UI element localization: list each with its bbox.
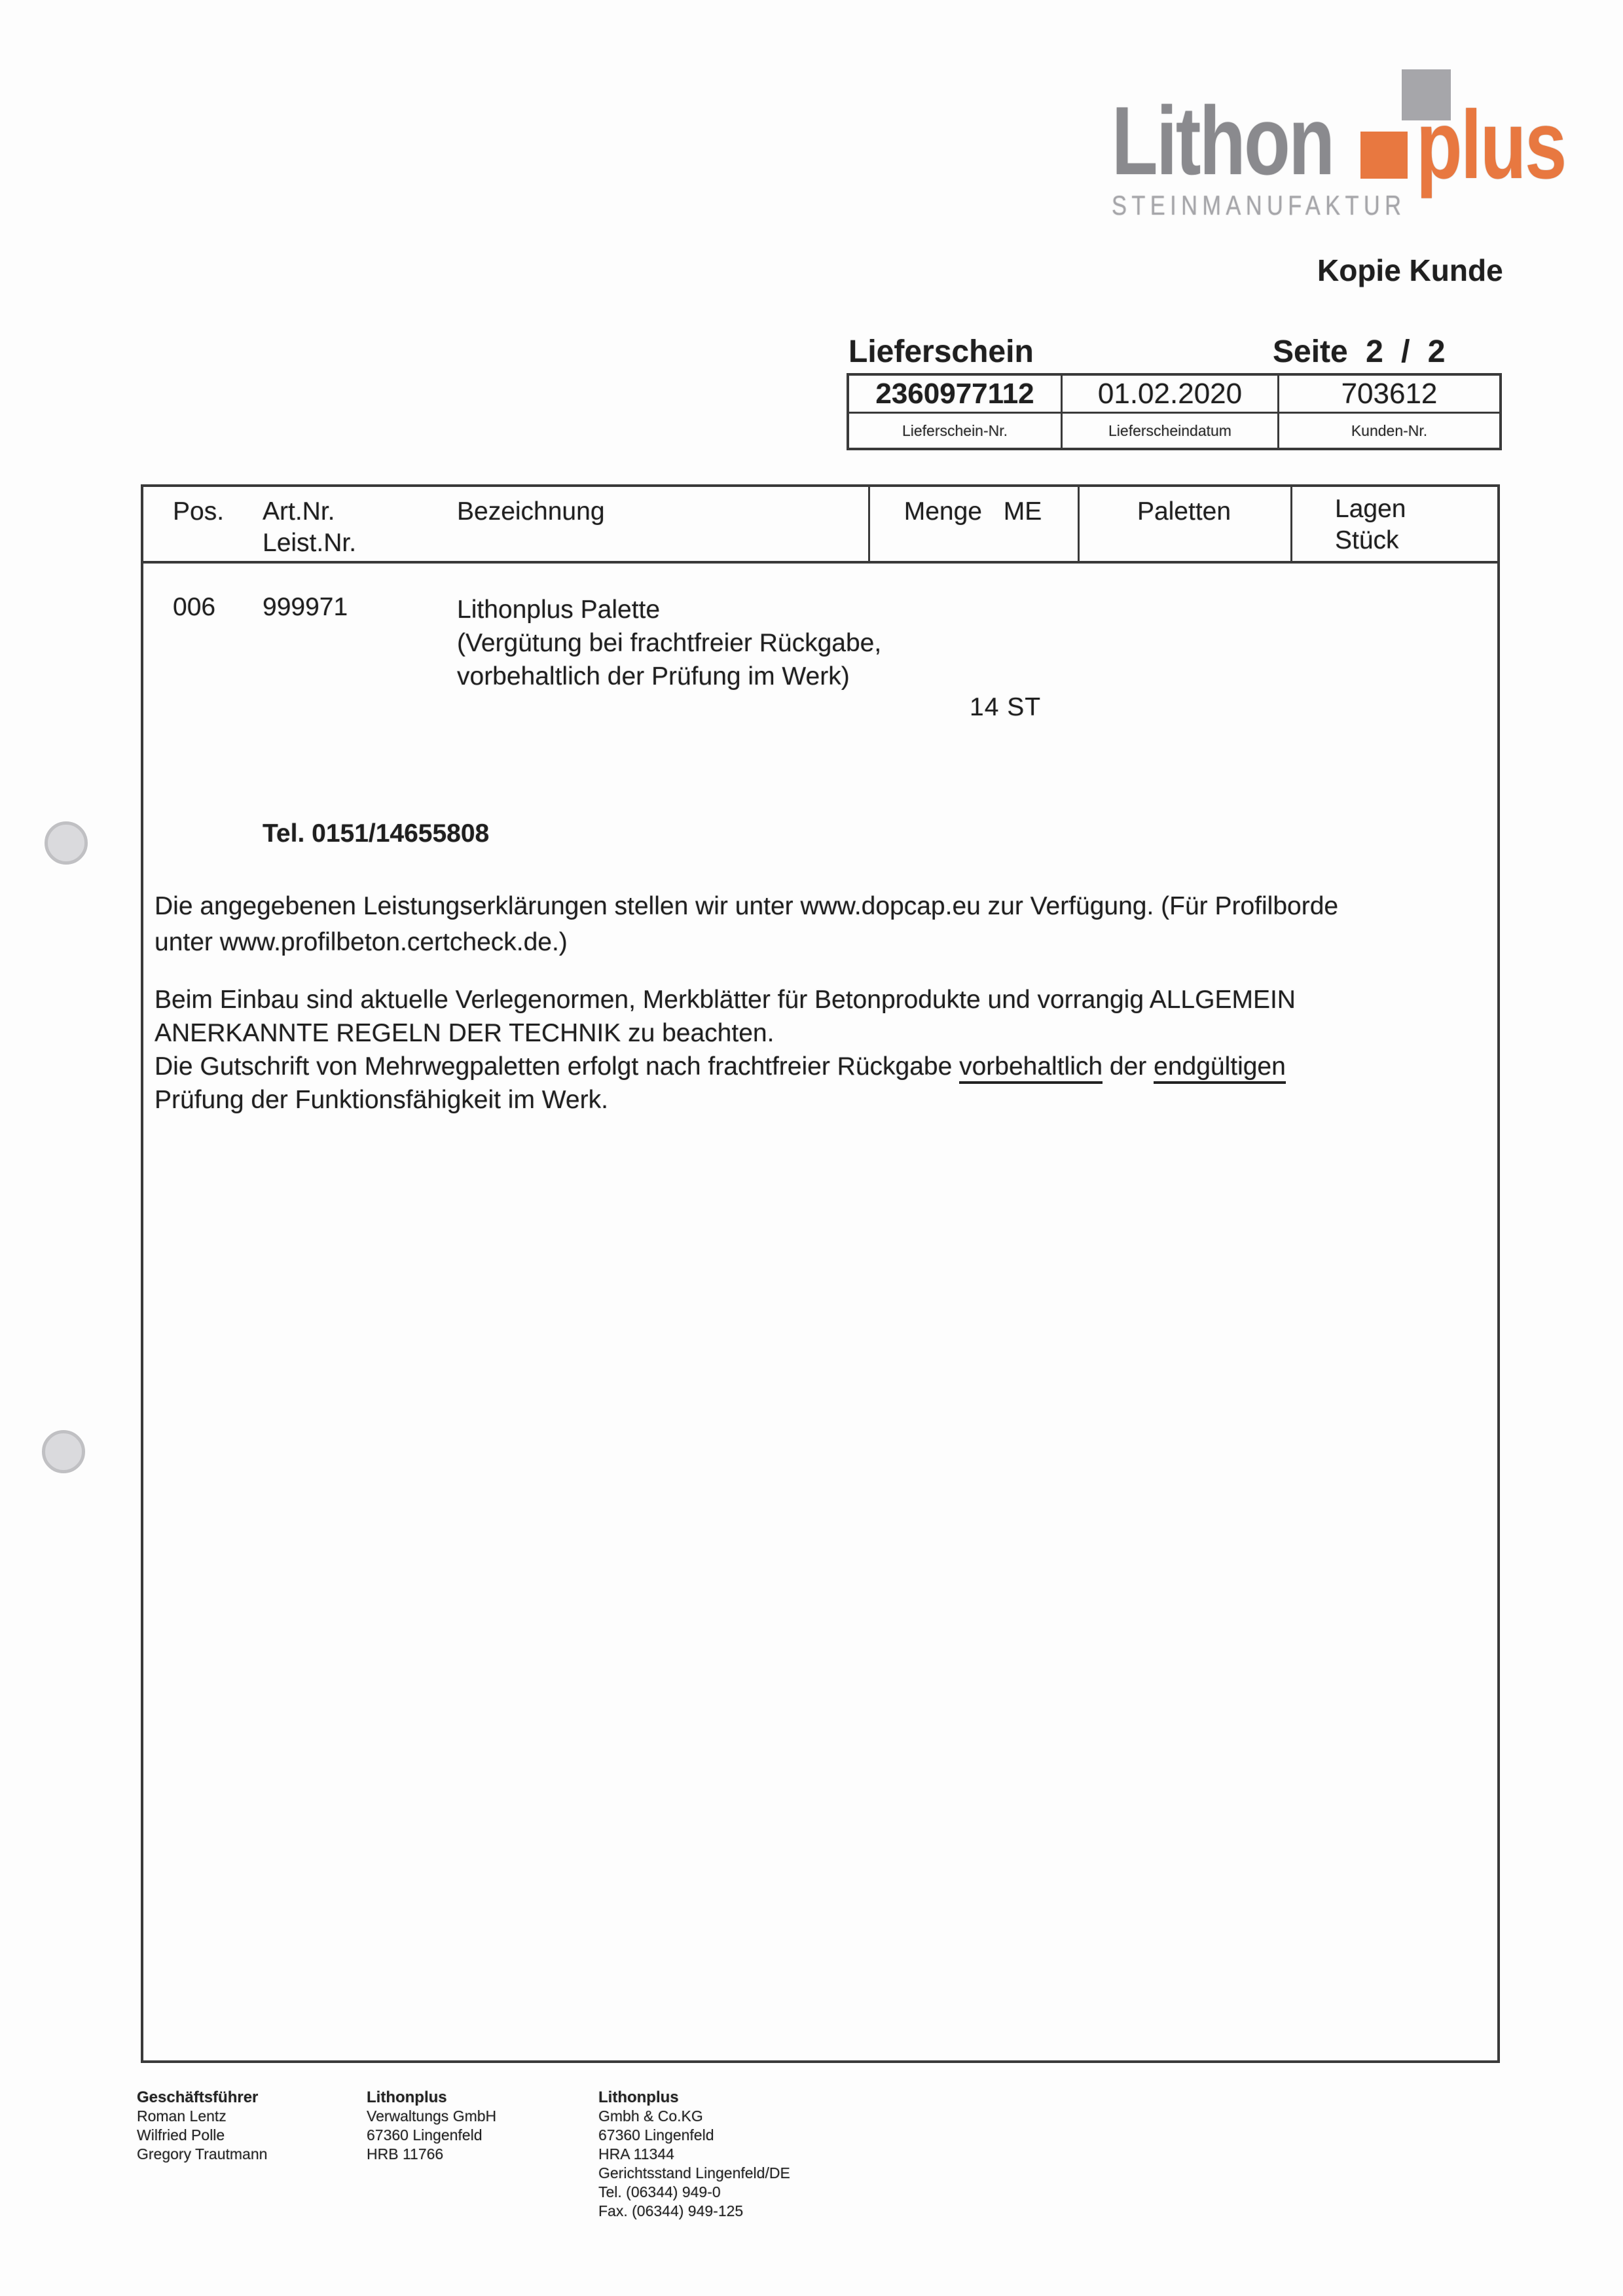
text-line: 67360 Lingenfeld	[367, 2126, 496, 2145]
footer-verwaltung-title: Lithonplus	[367, 2088, 496, 2107]
copy-type-label: Kopie Kunde	[1317, 253, 1503, 288]
footer-verwaltung-column: Lithonplus Verwaltungs GmbH67360 Lingenf…	[367, 2088, 496, 2164]
col-header-leist-nr: Leist.Nr.	[263, 529, 356, 558]
item-description: Lithonplus Palette(Vergütung bei frachtf…	[457, 593, 881, 693]
text-line: Gregory Trautmann	[137, 2145, 267, 2164]
dop-note: Die angegebenen Leistungserklärungen ste…	[155, 888, 1338, 960]
text-line: Beim Einbau sind aktuelle Verlegenormen,…	[155, 983, 1296, 1016]
text-line: Gerichtsstand Lingenfeld/DE	[598, 2164, 790, 2183]
text-line: HRB 11766	[367, 2145, 496, 2164]
text-line: unter www.profilbeton.certcheck.de.)	[155, 924, 1338, 960]
col-header-bezeichnung: Bezeichnung	[457, 497, 605, 526]
col-header-lagen-stueck: Lagen Stück	[1335, 493, 1406, 556]
logo-brand-accent-text: plus	[1416, 97, 1565, 194]
text-line: Fax. (06344) 949-125	[598, 2202, 790, 2221]
document-page: Lithon plus STEINMANUFAKTUR Kopie Kunde …	[0, 0, 1623, 2296]
delivery-note-date: 01.02.2020	[1063, 376, 1279, 414]
text-line: Roman Lentz	[137, 2107, 267, 2126]
delivery-note-date-label: Lieferscheindatum	[1063, 414, 1279, 448]
footer-verwaltung-lines: Verwaltungs GmbH67360 LingenfeldHRB 1176…	[367, 2107, 496, 2164]
text-line: Lithonplus Palette	[457, 593, 881, 626]
col-header-pos: Pos.	[173, 497, 224, 526]
credit-note-line2: Prüfung der Funktionsfähigkeit im Werk.	[155, 1083, 1296, 1117]
footer-management-lines: Roman LentzWilfried PolleGregory Trautma…	[137, 2107, 267, 2164]
install-note-lines: Beim Einbau sind aktuelle Verlegenormen,…	[155, 983, 1296, 1050]
punch-hole-bottom	[42, 1430, 85, 1473]
col-header-art-nr: Art.Nr.	[263, 497, 335, 526]
text-segment: der	[1103, 1052, 1154, 1081]
item-art-nr: 999971	[263, 593, 348, 622]
logo-orange-square-icon	[1360, 132, 1408, 179]
page-number-label: Seite 2 / 2	[1273, 334, 1445, 370]
col-header-lagen: Lagen	[1335, 493, 1406, 525]
item-pos: 006	[173, 593, 215, 622]
items-table: Pos. Art.Nr. Leist.Nr. Bezeichnung Menge…	[141, 484, 1500, 2063]
col-header-menge-me: Menge ME	[868, 497, 1078, 526]
text-line: Tel. (06344) 949-0	[598, 2183, 790, 2202]
credit-note-line: Die Gutschrift von Mehrwegpaletten erfol…	[155, 1050, 1296, 1083]
footer-company-lines: Gmbh & Co.KG67360 LingenfeldHRA 11344Ger…	[598, 2107, 790, 2221]
logo-subtitle: STEINMANUFAKTUR	[1112, 190, 1406, 221]
underlined-text: vorbehaltlich	[959, 1052, 1103, 1084]
col-header-paletten: Paletten	[1078, 497, 1290, 526]
text-line: Verwaltungs GmbH	[367, 2107, 496, 2126]
table-header-divider	[141, 561, 1500, 564]
item-quantity: 14 ST	[970, 693, 1041, 722]
delivery-meta-table: 2360977112 01.02.2020 703612 Lieferschei…	[847, 373, 1502, 450]
text-line: Die angegebenen Leistungserklärungen ste…	[155, 888, 1338, 924]
footer-company-title: Lithonplus	[598, 2088, 790, 2107]
footer-company-column: Lithonplus Gmbh & Co.KG67360 LingenfeldH…	[598, 2088, 790, 2221]
text-line: Wilfried Polle	[137, 2126, 267, 2145]
text-line: 67360 Lingenfeld	[598, 2126, 790, 2145]
customer-number-label: Kunden-Nr.	[1279, 414, 1499, 448]
footer-management-title: Geschäftsführer	[137, 2088, 267, 2107]
document-title: Lieferschein	[848, 334, 1034, 370]
text-segment: Die Gutschrift von Mehrwegpaletten erfol…	[155, 1052, 959, 1081]
text-line: Gmbh & Co.KG	[598, 2107, 790, 2126]
punch-hole-top	[45, 821, 88, 865]
footer-management-column: Geschäftsführer Roman LentzWilfried Poll…	[137, 2088, 267, 2164]
text-line: vorbehaltlich der Prüfung im Werk)	[457, 660, 881, 693]
phone-note: Tel. 0151/14655808	[263, 819, 489, 848]
column-divider	[1290, 487, 1292, 561]
delivery-note-number-label: Lieferschein-Nr.	[849, 414, 1063, 448]
install-credit-note: Beim Einbau sind aktuelle Verlegenormen,…	[155, 983, 1296, 1117]
col-header-stueck: Stück	[1335, 525, 1406, 556]
text-line: ANERKANNTE REGELN DER TECHNIK zu beachte…	[155, 1016, 1296, 1050]
text-line: (Vergütung bei frachtfreier Rückgabe,	[457, 626, 881, 660]
logo-brand-text: Lithon	[1112, 93, 1334, 190]
underlined-text: endgültigen	[1154, 1052, 1286, 1084]
text-line: HRA 11344	[598, 2145, 790, 2164]
customer-number: 703612	[1279, 376, 1499, 414]
delivery-note-number: 2360977112	[849, 376, 1063, 414]
